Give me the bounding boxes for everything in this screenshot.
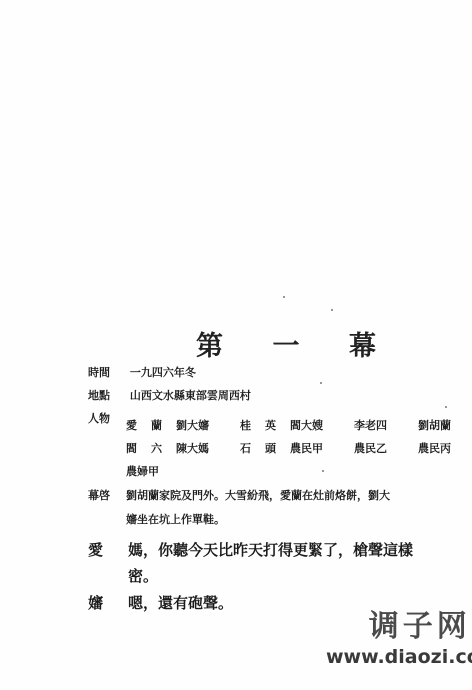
character-name: 英 xyxy=(265,414,276,437)
character-name: 六 xyxy=(151,437,162,460)
time-label: 時間 xyxy=(88,365,126,381)
scan-speck xyxy=(283,296,285,298)
place-value: 山西文水縣東部雲周西村 xyxy=(130,388,251,404)
place-row: 地點 山西文水縣東部雲周西村 xyxy=(88,388,251,404)
time-row: 時間 一九四六年冬 xyxy=(88,365,196,381)
character-name: 蘭 xyxy=(151,414,162,437)
watermark-chinese: 调子网 xyxy=(340,610,472,644)
act-title-char: 第 xyxy=(196,324,223,363)
watermark: 调子网 www.diaozi.com xyxy=(340,610,472,670)
character-row: 閻 六 陳大媽 石 頭 農民甲 農民乙 農民丙 xyxy=(126,437,472,460)
scanned-script-page: 第 一 幕 時間 一九四六年冬 地點 山西文水縣東部雲周西村 人物 愛 蘭 劉大… xyxy=(0,0,472,690)
stage-direction-line: 幕啓劉胡蘭家院及門外。大雪紛飛，愛蘭在灶前烙餅，劉大 xyxy=(88,484,390,508)
setting-label: 幕啓 xyxy=(88,484,126,508)
character-name: 李老四 xyxy=(354,414,404,437)
character-name: 農民乙 xyxy=(354,437,404,460)
act-title: 第 一 幕 xyxy=(196,324,376,363)
dialogue-text: 媽，你聽今天比昨天打得更緊了，槍聲這樣 xyxy=(128,541,413,559)
dialogue-text: 嗯，還有砲聲。 xyxy=(128,594,233,612)
character-name: 石 xyxy=(240,437,251,460)
stage-direction: 幕啓劉胡蘭家院及門外。大雪紛飛，愛蘭在灶前烙餅，劉大 嬸坐在坑上作單鞋。 xyxy=(88,484,390,532)
character-name: 頭 xyxy=(265,437,276,460)
character-name: 農婦甲 xyxy=(126,460,159,483)
scan-speck xyxy=(320,382,322,384)
character-name: 農民甲 xyxy=(290,437,340,460)
character-row: 愛 蘭 劉大嬸 桂 英 閻大嫂 李老四 劉胡蘭 xyxy=(126,414,472,437)
speaker-name: 嬸 xyxy=(88,590,128,616)
act-title-char: 幕 xyxy=(349,324,376,363)
watermark-url: www.diaozi.com xyxy=(326,644,472,670)
time-value: 一九四六年冬 xyxy=(130,365,196,381)
place-label: 地點 xyxy=(88,388,126,404)
character-name: 閻 xyxy=(126,437,137,460)
character-name: 閻大嫂 xyxy=(290,414,340,437)
stage-direction-line: 嬸坐在坑上作單鞋。 xyxy=(88,508,390,532)
speaker-name: 愛 xyxy=(88,537,128,563)
dialogue-line: 嬸嗯，還有砲聲。 xyxy=(88,590,233,616)
dialogue-text: 密。 xyxy=(88,563,413,589)
character-name: 農民丙 xyxy=(418,437,468,460)
scan-speck xyxy=(331,309,333,311)
character-name: 陳大媽 xyxy=(176,437,226,460)
characters-label: 人物 xyxy=(88,411,126,427)
setting-text: 劉胡蘭家院及門外。大雪紛飛，愛蘭在灶前烙餅，劉大 xyxy=(126,489,390,502)
character-name: 桂 xyxy=(240,414,251,437)
character-name: 劉胡蘭 xyxy=(418,414,468,437)
dialogue-line: 愛媽，你聽今天比昨天打得更緊了，槍聲這樣 密。 xyxy=(88,537,413,589)
character-list: 愛 蘭 劉大嬸 桂 英 閻大嫂 李老四 劉胡蘭 閻 六 陳大媽 石 頭 農民甲 … xyxy=(126,414,472,483)
scan-speck xyxy=(445,406,447,408)
character-row: 農婦甲 xyxy=(126,460,472,483)
characters-row: 人物 xyxy=(88,411,126,427)
act-title-char: 一 xyxy=(273,324,300,363)
scan-speck xyxy=(322,470,324,472)
character-name: 劉大嬸 xyxy=(176,414,226,437)
character-name: 愛 xyxy=(126,414,137,437)
